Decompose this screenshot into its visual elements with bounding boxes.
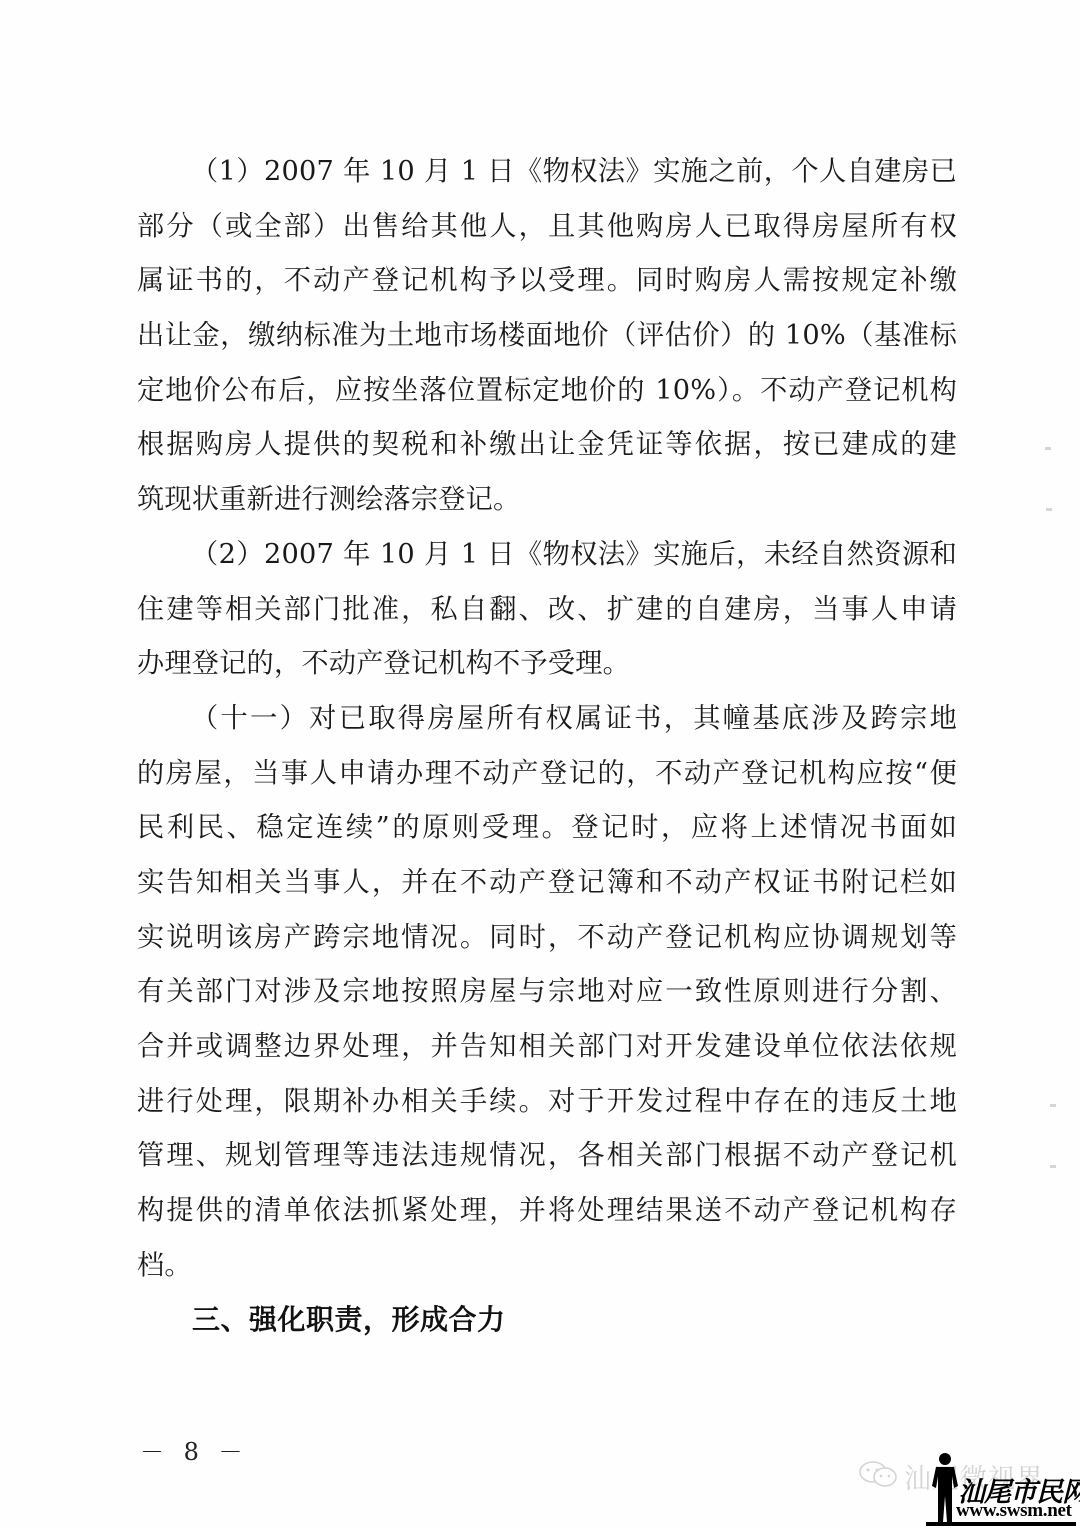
- paragraph-1-line-2: 部分（或全部）出售给其他人，且其他购房人已取得房屋所有权: [137, 205, 957, 260]
- wechat-icon: [858, 1460, 900, 1494]
- paragraph-3-line-7: 合并或调整边界处理，并告知相关部门对开发建设单位依法依规: [137, 1025, 957, 1080]
- logo-underline: [926, 1522, 1076, 1526]
- paragraph-2-line-1: （2）2007 年 10 月 1 日《物权法》实施后，未经自然资源和: [137, 533, 957, 588]
- paragraph-3-line-5: 实说明该房产跨宗地情况。同时，不动产登记机构应协调规划等: [137, 916, 957, 971]
- document-page: （1）2007 年 10 月 1 日《物权法》实施之前，个人自建房已 部分（或全…: [0, 0, 1080, 1528]
- section-heading: 三、强化职责，形成合力: [192, 1298, 506, 1338]
- scan-mark: [1045, 447, 1051, 450]
- paragraph-3-line-6: 有关部门对涉及宗地按照房屋与宗地对应一致性原则进行分割、: [137, 970, 957, 1025]
- paragraph-1-line-5: 定地价公布后，应按坐落位置标定地价的 10%）。不动产登记机构: [137, 369, 957, 424]
- paragraph-1-line-6: 根据购房人提供的契税和补缴出让金凭证等依据，按已建成的建: [137, 423, 957, 478]
- document-body: （1）2007 年 10 月 1 日《物权法》实施之前，个人自建房已 部分（或全…: [137, 150, 957, 1298]
- paragraph-3-line-8: 进行处理，限期补办相关手续。对于开发过程中存在的违反土地: [137, 1080, 957, 1135]
- paragraph-1-line-1: （1）2007 年 10 月 1 日《物权法》实施之前，个人自建房已: [137, 150, 957, 205]
- scan-mark: [1046, 508, 1052, 511]
- paragraph-1-line-4: 出让金，缴纳标准为土地市场楼面地价（评估价）的 10%（基准标: [137, 314, 957, 369]
- page-number: － 8 －: [140, 1432, 249, 1467]
- paragraph-3-line-2: 的房屋，当事人申请办理不动产登记的，不动产登记机构应按“便: [137, 752, 957, 807]
- site-logo: 汕尾市民网 www.swsm.net: [920, 1452, 1080, 1528]
- paragraph-1-line-7: 筑现状重新进行测绘落宗登记。: [137, 478, 957, 533]
- paragraph-3-line-1: （十一）对已取得房屋所有权属证书，其幢基底涉及跨宗地: [137, 697, 957, 752]
- paragraph-3-line-11: 档。: [137, 1244, 957, 1299]
- paragraph-2-line-2: 住建等相关部门批准，私自翻、改、扩建的自建房，当事人申请: [137, 588, 957, 643]
- paragraph-2-line-3: 办理登记的，不动产登记机构不予受理。: [137, 642, 957, 697]
- scan-mark: [1050, 1104, 1056, 1107]
- paragraph-3-line-10: 构提供的清单依法抓紧处理，并将处理结果送不动产登记机构存: [137, 1189, 957, 1244]
- paragraph-3-line-9: 管理、规划管理等违法违规情况，各相关部门根据不动产登记机: [137, 1134, 957, 1189]
- site-url: www.swsm.net: [956, 1500, 1072, 1522]
- paragraph-3-line-4: 实告知相关当事人，并在不动产登记簿和不动产权证书附记栏如: [137, 861, 957, 916]
- paragraph-1-line-3: 属证书的，不动产登记机构予以受理。同时购房人需按规定补缴: [137, 259, 957, 314]
- scan-mark: [1050, 1165, 1056, 1168]
- paragraph-3-line-3: 民利民、稳定连续”的原则受理。登记时，应将上述情况书面如: [137, 806, 957, 861]
